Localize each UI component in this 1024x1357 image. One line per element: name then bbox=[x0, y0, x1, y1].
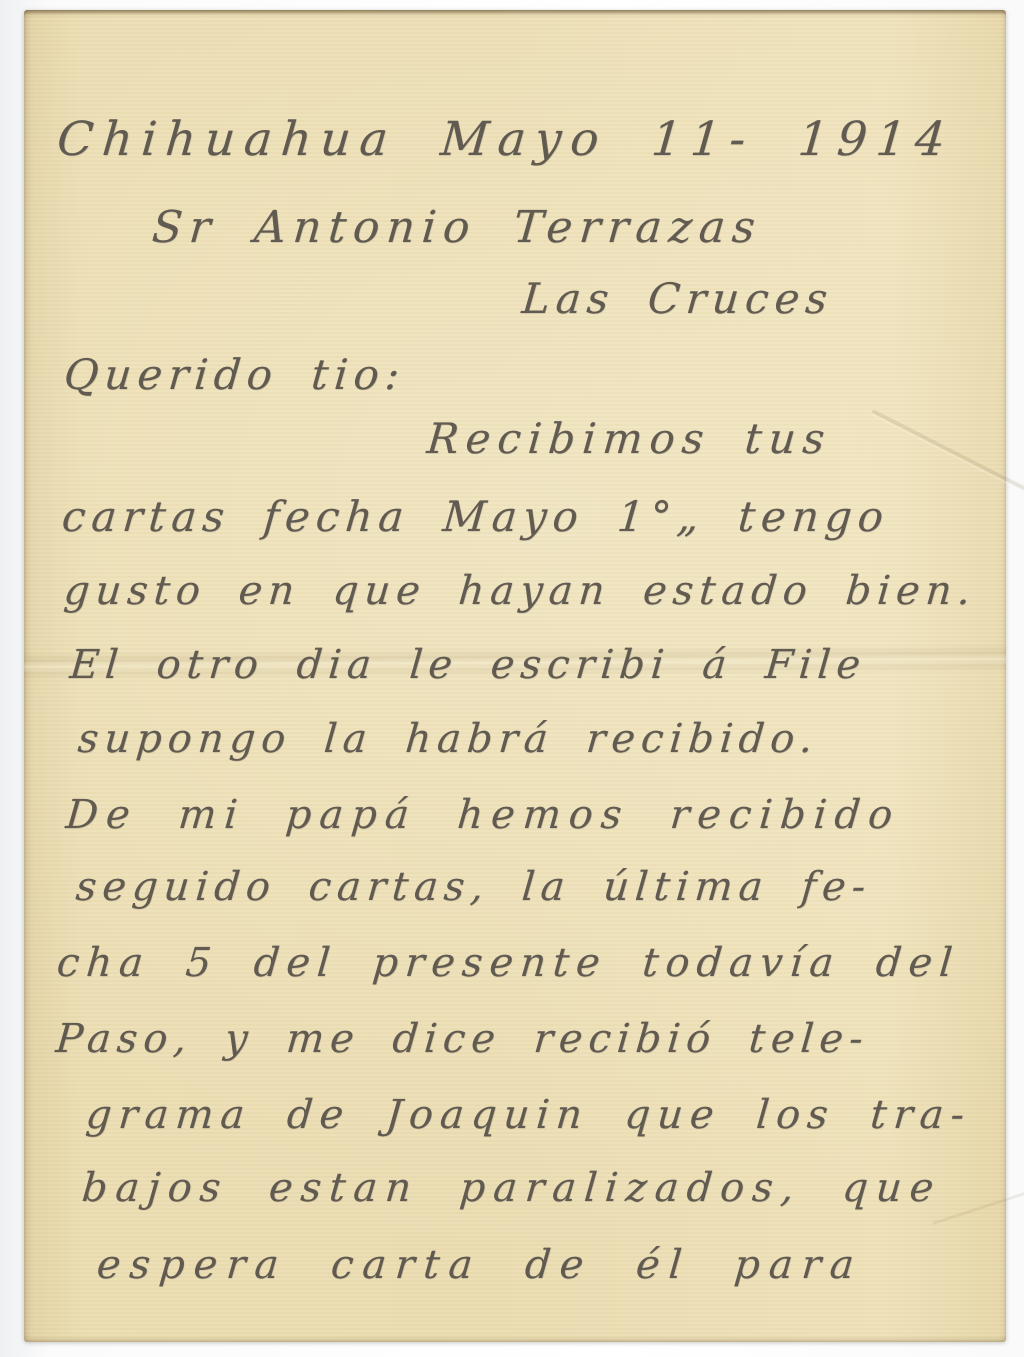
recipient-line: Sr Antonio Terrazas bbox=[150, 202, 764, 253]
body-line-10: grama de Joaquin que los tra- bbox=[84, 1092, 973, 1138]
body-line-9: Paso, y me dice recibió tele- bbox=[54, 1016, 871, 1062]
body-line-12: espera carta de él para bbox=[95, 1242, 865, 1288]
place-date-line: Chihuahua Mayo 11- 1914 bbox=[55, 112, 956, 167]
body-line-1: Recibimos tus bbox=[425, 414, 834, 463]
salutation-line: Querido tio: bbox=[62, 350, 407, 399]
body-line-2: cartas fecha Mayo 1°„ tengo bbox=[60, 492, 891, 541]
body-line-8: cha 5 del presente todavía del bbox=[55, 940, 961, 986]
recipient-city-line: Las Cruces bbox=[520, 274, 835, 323]
body-line-5: supongo la habrá recibido. bbox=[76, 716, 821, 762]
body-line-3: gusto en que hayan estado bien. bbox=[62, 568, 978, 614]
scanned-letter: Chihuahua Mayo 11- 1914 Sr Antonio Terra… bbox=[0, 0, 1024, 1357]
body-line-4: El otro dia le escribi á File bbox=[68, 642, 868, 688]
body-line-6: De mi papá hemos recibido bbox=[64, 792, 902, 838]
body-line-7: seguido cartas, la última fe- bbox=[74, 864, 873, 910]
body-line-11: bajos estan paralizados, que bbox=[80, 1165, 943, 1211]
